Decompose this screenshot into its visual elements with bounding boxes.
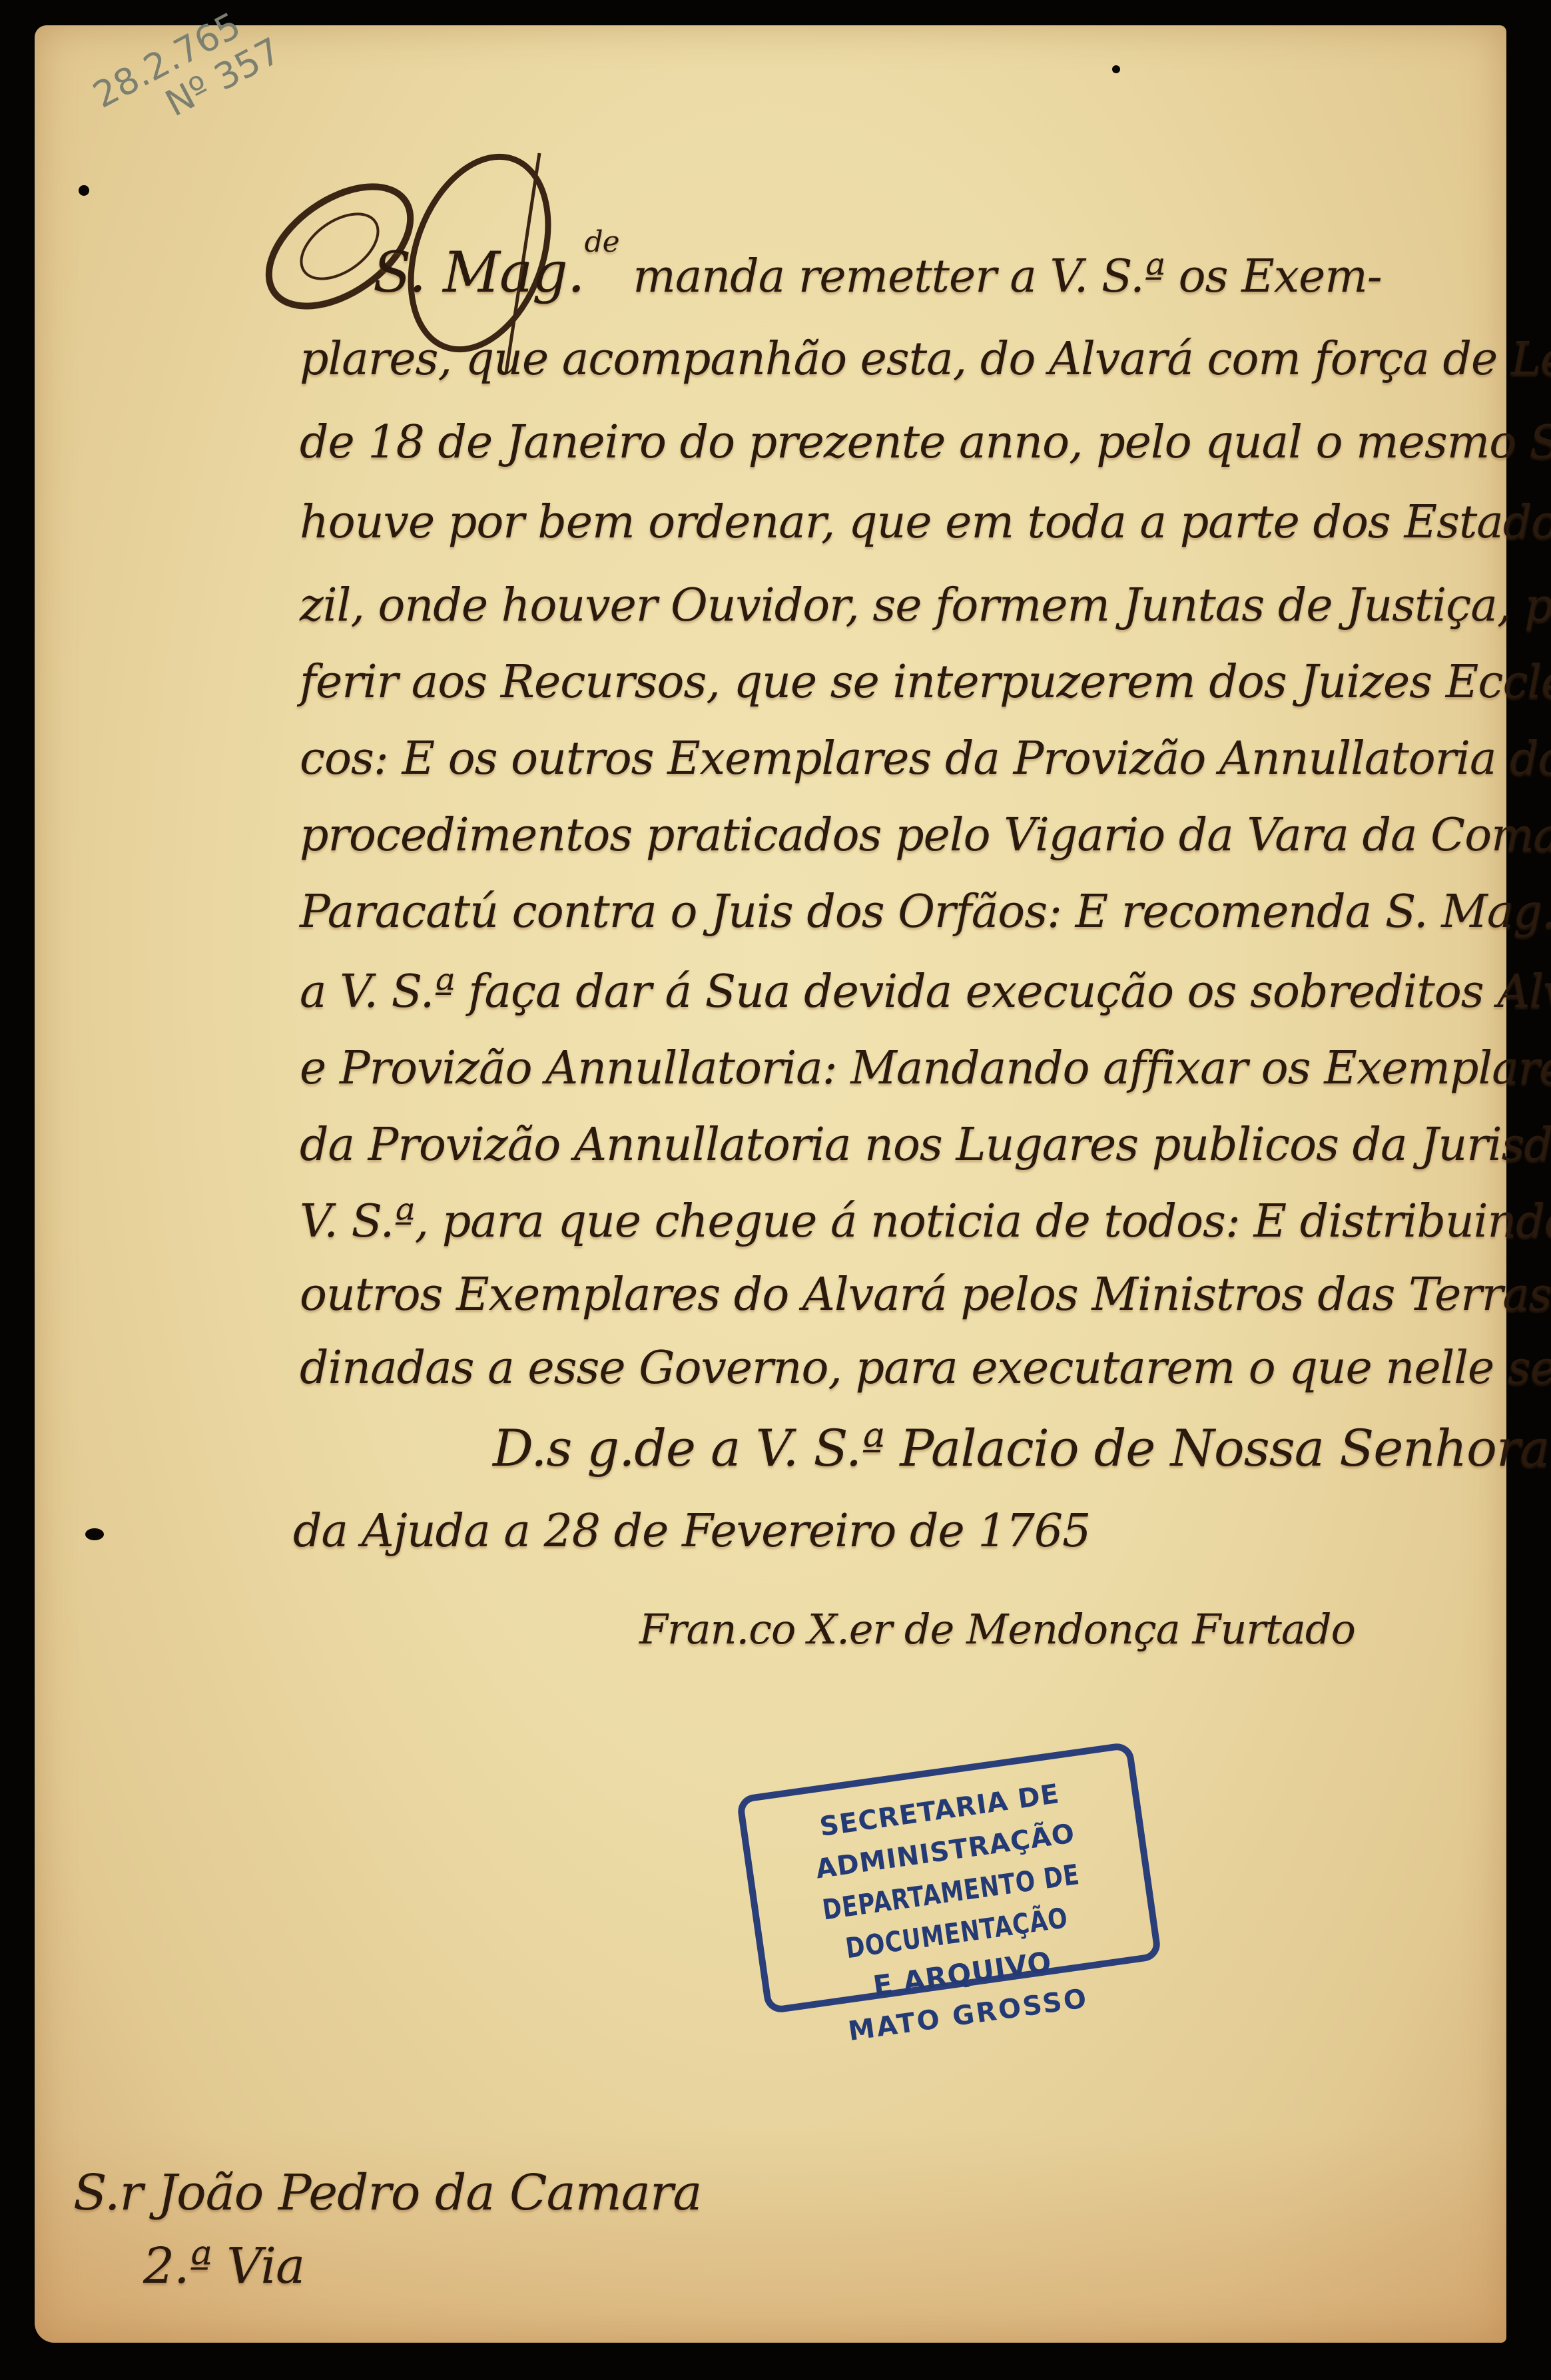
letter-line-11: e Provizão Annullatoria: Mandando affixa… <box>300 1042 1551 1095</box>
line-text: manda remetter a V. S.ª os Exem- <box>619 250 1382 303</box>
letter-line-14: outros Exemplares do Alvará pelos Minist… <box>300 1269 1551 1321</box>
letter-line-10: a V. S.ª faça dar á Sua devida execução … <box>300 966 1551 1018</box>
paper-hole <box>1112 65 1120 73</box>
letter-line-7: cos: E os outros Exemplares da Provizão … <box>300 733 1551 785</box>
closing-line-1: D.s g.de a V. S.ª Palacio de Nossa Senho… <box>493 1418 1550 1478</box>
addressee-name: S.r João Pedro da Camara <box>73 2164 702 2222</box>
letter-line-2: plares, que acompanhão esta, do Alvará c… <box>300 333 1551 386</box>
line-text: Paracatú contra o Juis dos Orfãos: E rec… <box>300 886 1551 938</box>
letter-line-8: procedimentos praticados pelo Vigario da… <box>300 809 1551 862</box>
letter-line-9: Paracatú contra o Juis dos Orfãos: E rec… <box>300 886 1551 938</box>
paper-hole <box>85 1528 104 1540</box>
superscript: de <box>585 225 619 259</box>
letter-line-5: zil, onde houver Ouvidor, se formem Junt… <box>300 579 1551 632</box>
salutation-initial: S. Mag. <box>373 240 585 305</box>
letter-line-12: da Provizão Annullatoria nos Lugares pub… <box>300 1119 1551 1171</box>
signature: Fran.co X.er de Mendonça Furtado <box>639 1605 1355 1653</box>
paper-hole <box>79 185 89 196</box>
letter-line-15: dinadas a esse Governo, para executarem … <box>300 1342 1551 1394</box>
letter-line-4: houve por bem ordenar, que em toda a par… <box>300 496 1551 549</box>
closing-line-2: da Ajuda a 28 de Fevereiro de 1765 <box>293 1505 1090 1558</box>
letter-line-13: V. S.ª, para que chegue á noticia de tod… <box>300 1195 1551 1248</box>
letter-line-1: S. Mag.de manda remetter a V. S.ª os Exe… <box>373 240 1382 305</box>
letter-line-3: de 18 de Janeiro do prezente anno, pelo … <box>300 416 1551 469</box>
addressee-copy-note: 2.ª Via <box>143 2237 304 2295</box>
letter-line-6: ferir aos Recursos, que se interpuzerem … <box>300 656 1551 709</box>
